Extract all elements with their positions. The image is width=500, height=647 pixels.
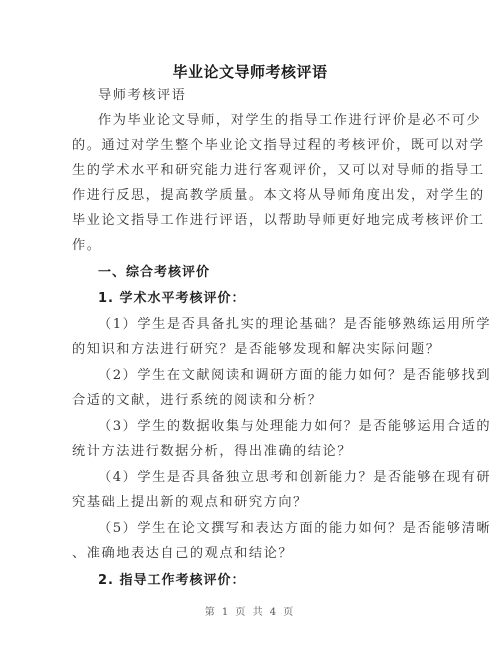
question-line: （4）学生是否具备独立思考和创新能力？是否能够在现有研: [98, 469, 418, 486]
section-heading: 一、综合考核评价: [98, 264, 418, 281]
intro-line: 毕业论文指导工作进行评语，以帮助导师更好地完成考核评价工: [72, 212, 417, 229]
document-page: 毕业论文导师考核评语 导师考核评语 作为毕业论文导师，对学生的指导工作进行评价是…: [0, 0, 500, 647]
question-line: （3）学生的数据收集与处理能力如何？是否能够运用合适的: [98, 418, 418, 435]
intro-line: 的。通过对学生整个毕业论文指导过程的考核评价，既可以对学: [72, 137, 417, 154]
question-line: 的知识和方法进行研究？是否能够发现和解决实际问题？: [72, 341, 417, 358]
question-line: 合适的文献，进行系统的阅读和分析？: [72, 392, 417, 409]
intro-line: 生的学术水平和研究能力进行客观评价，又可以对导师的指导工: [72, 162, 417, 179]
question-line: 统计方法进行数据分析，得出准确的结论？: [72, 443, 417, 460]
subsection-heading: 2. 指导工作考核评价：: [98, 572, 418, 589]
question-line: 究基础上提出新的观点和研究方向？: [72, 494, 417, 511]
intro-line: 作为毕业论文导师，对学生的指导工作进行评价是必不可少: [98, 112, 418, 129]
question-line: （2）学生在文献阅读和调研方面的能力如何？是否能够找到: [98, 367, 418, 384]
intro-line: 作。: [72, 237, 417, 254]
document-subtitle: 导师考核评语: [98, 87, 418, 104]
page-footer: 第 1 页 共 4 页: [0, 603, 500, 618]
question-line: （5）学生在论文撰写和表达方面的能力如何？是否能够清晰: [98, 520, 418, 537]
document-title: 毕业论文导师考核评语: [0, 61, 500, 82]
question-line: 、准确地表达自己的观点和结论？: [72, 545, 417, 562]
intro-line: 作进行反思，提高教学质量。本文将从导师角度出发，对学生的: [72, 187, 417, 204]
question-line: （1）学生是否具备扎实的理论基础？是否能够熟练运用所学: [98, 316, 418, 333]
subsection-heading: 1. 学术水平考核评价：: [98, 290, 418, 307]
